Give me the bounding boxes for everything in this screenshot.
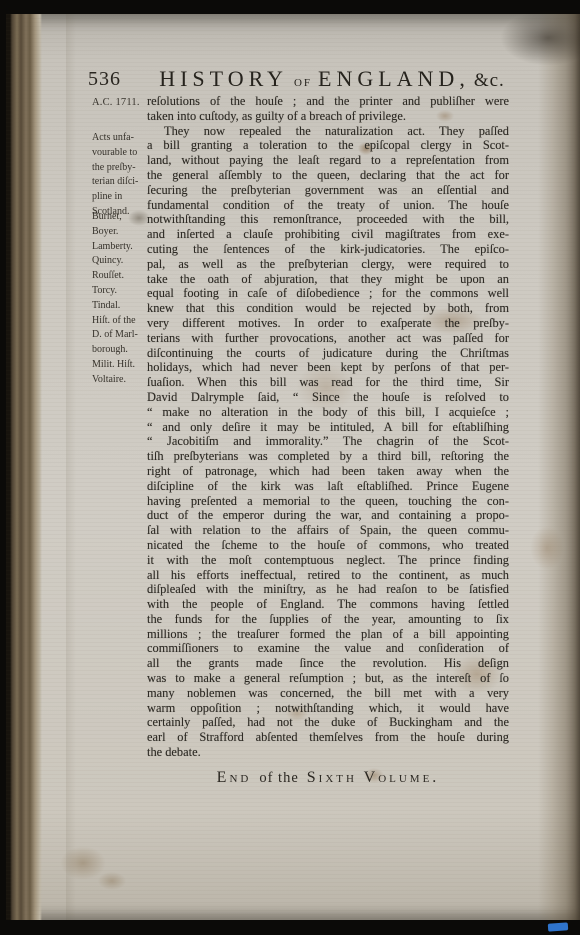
- stain: [98, 872, 126, 890]
- paragraph-main: They now repealed the naturalization act…: [147, 124, 509, 760]
- text-line: Tindal.: [92, 300, 150, 315]
- volume-end-sixth-volume: Sixth Volume.: [307, 769, 440, 786]
- text-line: and inſerted a clauſe prohibiting civil …: [147, 227, 509, 242]
- text-line: take the oath of abjuration, that they m…: [147, 272, 509, 287]
- text-line: Boyer.: [92, 226, 150, 241]
- text-line: cuting the ſentences of the kirk-judicat…: [147, 242, 509, 257]
- page-crease: [66, 14, 76, 920]
- text-line: a bill granting a toleration to the epiſ…: [147, 138, 509, 153]
- text-line: millions ; the treaſurer formed the plan…: [147, 627, 509, 642]
- page-number: 536: [88, 68, 121, 91]
- text-line: certainly paſſed, had not the duke of Bu…: [147, 715, 509, 730]
- text-line: Burnet,: [92, 211, 150, 226]
- text-line: borough.: [92, 344, 150, 359]
- text-line: earl of Strafford abſented themſelves fr…: [147, 730, 509, 745]
- text-line: land, without paying the leaſt regard to…: [147, 153, 509, 168]
- text-line: “ Jacobitiſm and immorality.” The chagri…: [147, 434, 509, 449]
- text-line: taken into cuſtody, as guilty of a breac…: [147, 109, 509, 124]
- text-line: ſal with relation to the affairs of Spai…: [147, 523, 509, 538]
- text-line: was to make a general reſumption ; but, …: [147, 671, 509, 686]
- text-line: tiſh preſbyterians was completed by a th…: [147, 449, 509, 464]
- text-line: with the people of England. The commons …: [147, 597, 509, 612]
- text-line: nicated the ſcheme to the houſe of commo…: [147, 538, 509, 553]
- running-title-of: of: [294, 73, 312, 90]
- text-line: David Dalrymple ſaid, “ Since the houſe …: [147, 390, 509, 405]
- text-line: Acts unfa-: [92, 131, 150, 146]
- text-line: D. of Marl-: [92, 329, 150, 344]
- text-line: Hiſt. of the: [92, 315, 150, 330]
- text-line: terians with further provocations, anoth…: [147, 331, 509, 346]
- text-line: knew that this condition would be reject…: [147, 301, 509, 316]
- book-photograph: 536 HISTORY of ENGLAND, &c. A.C. 1711. A…: [0, 0, 580, 935]
- text-line: ſuaſion. When this bill was read for the…: [147, 375, 509, 390]
- text-line: notwithſtanding this remonſtrance, proce…: [147, 212, 509, 227]
- text-line: right of patronage, which had been taken…: [147, 464, 509, 479]
- text-line: very different motives. In order to exaſ…: [147, 316, 509, 331]
- book-spine-edge: [6, 14, 42, 920]
- text-line: Milit. Hiſt.: [92, 359, 150, 374]
- running-title-england: ENGLAND,: [318, 66, 470, 91]
- text-line: the preſby-: [92, 161, 150, 176]
- text-line: diſpleaſed with the miniſtry, as he had …: [147, 582, 509, 597]
- text-line: Quincy.: [92, 255, 150, 270]
- text-line: holidays, which had never been kept by p…: [147, 360, 509, 375]
- running-title: HISTORY of ENGLAND, &c.: [134, 66, 530, 92]
- text-line: duct of the emperor during the war, and …: [147, 508, 509, 523]
- text-line: all his efforts ineffectual, retired to …: [147, 568, 509, 583]
- main-text-block: reſolutions of the houſe ; and the print…: [147, 94, 509, 760]
- text-line: warm oppoſition ; notwithſtanding which,…: [147, 701, 509, 716]
- text-line: terian diſci-: [92, 175, 150, 190]
- blue-speck: [548, 922, 569, 931]
- text-line: They now repealed the naturalization act…: [147, 124, 509, 139]
- volume-end-line: End of the Sixth Volume.: [147, 769, 509, 787]
- text-line: ſecuring the preſbyterian government was…: [147, 183, 509, 198]
- text-line: having preſented a memorial to the queen…: [147, 494, 509, 509]
- text-line: the debate.: [147, 745, 509, 760]
- text-line: commiſſioners to examine the value and c…: [147, 641, 509, 656]
- volume-end-word-end: End: [217, 769, 252, 786]
- running-title-etc: &c.: [474, 70, 505, 91]
- text-line: the funds for the ſupplies of the year, …: [147, 612, 509, 627]
- text-line: vourable to: [92, 146, 150, 161]
- text-line: the general aſſembly to the queen, decla…: [147, 168, 509, 183]
- text-line: pline in: [92, 190, 150, 205]
- paragraph-continuation: reſolutions of the houſe ; and the print…: [147, 94, 509, 124]
- text-line: equal footing in caſe of diſobedience ; …: [147, 286, 509, 301]
- text-line: Lamberty.: [92, 241, 150, 256]
- text-line: all the grants made ſince the revolution…: [147, 656, 509, 671]
- text-line: Torcy.: [92, 285, 150, 300]
- volume-end-of-the: of the: [259, 770, 298, 786]
- running-title-history: HISTORY: [159, 66, 288, 91]
- text-line: diſcipline of the kirk was laſt eſtabliſ…: [147, 479, 509, 494]
- page-right-curled-edge: [538, 14, 580, 920]
- text-line: it with the moſt contemptuous neglect. T…: [147, 553, 509, 568]
- text-line: pal, as well as the preſbyterian clergy,…: [147, 257, 509, 272]
- text-line: reſolutions of the houſe ; and the print…: [147, 94, 509, 109]
- margin-note-sources: Burnet,Boyer.Lamberty.Quincy.Rouſſet.Tor…: [92, 211, 150, 389]
- margin-note-year: A.C. 1711.: [92, 96, 154, 109]
- text-line: fundamental condition of the treaty of u…: [147, 198, 509, 213]
- margin-note-acts: Acts unfa-vourable tothe preſby-terian d…: [92, 131, 150, 220]
- text-line: “ and only deſire it may be intituled, A…: [147, 420, 509, 435]
- text-line: diſcontinuing the courts of judicature d…: [147, 346, 509, 361]
- text-line: many noblemen was concerned, the bill me…: [147, 686, 509, 701]
- text-line: Voltaire.: [92, 374, 150, 389]
- text-line: Rouſſet.: [92, 270, 150, 285]
- text-line: “ make no alteration in the body of this…: [147, 405, 509, 420]
